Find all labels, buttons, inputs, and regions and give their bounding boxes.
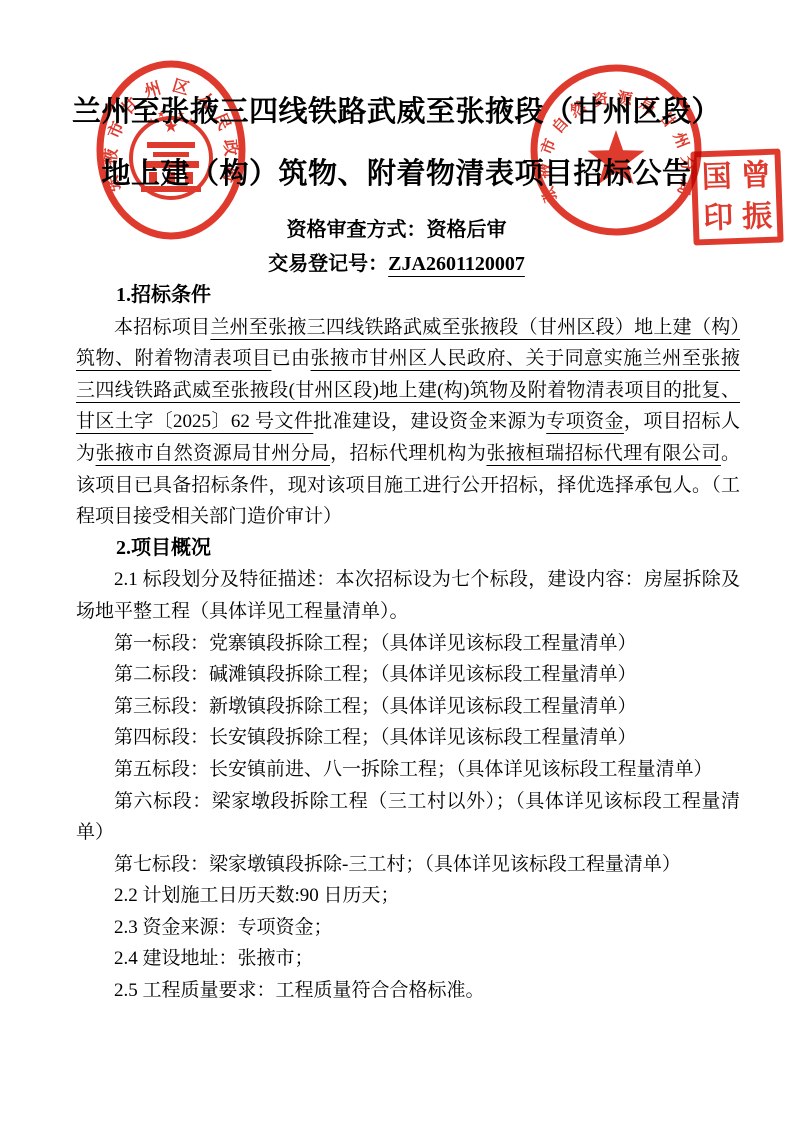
doc-title-line2: 地上建（构）筑物、附着物清表项目招标公告 bbox=[0, 154, 793, 194]
paragraph-line: 2.3 资金来源：专项资金； bbox=[76, 912, 740, 944]
registration-line: 交易登记号：ZJA2601120007 bbox=[0, 248, 793, 280]
underlined-text: 张掖市自然资源局甘州分局 bbox=[96, 443, 331, 464]
body-text: 批准建设，建设资金来源为 bbox=[313, 411, 546, 432]
paragraph-line: 2.2 计划施工日历天数:90 日历天； bbox=[76, 880, 740, 912]
section2-heading: 2.项目概况 bbox=[76, 533, 740, 565]
tender-conditions-paragraph: 本招标项目兰州至张掖三四线铁路武威至张掖段（甘州区段）地上建（构）筑物、附着物清… bbox=[76, 312, 740, 533]
underlined-text: 张掖桓瑞招标代理有限公司 bbox=[486, 443, 721, 464]
paragraph-line: 2.1 标段划分及特征描述：本次招标设为七个标段，建设内容：房屋拆除及场地平整工… bbox=[76, 564, 740, 627]
paragraph-line: 第三标段：新墩镇段拆除工程；（具体详见该标段工程量清单） bbox=[76, 691, 740, 723]
project-overview-list: 2.1 标段划分及特征描述：本次招标设为七个标段，建设内容：房屋拆除及场地平整工… bbox=[76, 564, 740, 1006]
paragraph-line: 2.4 建设地址：张掖市； bbox=[76, 943, 740, 975]
paragraph-line: 第二标段：碱滩镇段拆除工程；（具体详见该标段工程量清单） bbox=[76, 659, 740, 691]
paragraph-line: 第七标段：梁家墩镇段拆除-三工村；（具体详见该标段工程量清单） bbox=[76, 849, 740, 881]
paragraph-line: 第四标段：长安镇段拆除工程；（具体详见该标段工程量清单） bbox=[76, 722, 740, 754]
section1-heading: 1.招标条件 bbox=[76, 280, 740, 312]
doc-header: 兰州至张掖三四线铁路武威至张掖段（甘州区段） 地上建（构）筑物、附着物清表项目招… bbox=[0, 92, 793, 280]
body-text: 本招标项目 bbox=[114, 317, 210, 338]
doc-title-line1: 兰州至张掖三四线铁路武威至张掖段（甘州区段） bbox=[0, 92, 793, 132]
paragraph-line: 第六标段：梁家墩段拆除工程（三工村以外）；（具体详见该标段工程量清单） bbox=[76, 786, 740, 849]
paragraph-line: 2.5 工程质量要求：工程质量符合合格标准。 bbox=[76, 975, 740, 1007]
registration-number: ZJA2601120007 bbox=[388, 253, 525, 275]
underlined-text: 专项资金 bbox=[546, 411, 624, 432]
paragraph-line: 第五标段：长安镇前进、八一拆除工程；（具体详见该标段工程量清单） bbox=[76, 754, 740, 786]
doc-body: 1.招标条件 本招标项目兰州至张掖三四线铁路武威至张掖段（甘州区段）地上建（构）… bbox=[76, 280, 740, 1007]
registration-label: 交易登记号： bbox=[268, 253, 388, 275]
tender-announcement-page: 兰州至张掖三四线铁路武威至张掖段（甘州区段） 地上建（构）筑物、附着物清表项目招… bbox=[0, 0, 793, 1122]
paragraph-line: 第一标段：党寨镇段拆除工程；（具体详见该标段工程量清单） bbox=[76, 628, 740, 660]
body-text: ，招标代理机构为 bbox=[330, 443, 486, 464]
body-text: 已由 bbox=[271, 348, 310, 369]
qualification-method-line: 资格审查方式：资格后审 bbox=[0, 214, 793, 246]
